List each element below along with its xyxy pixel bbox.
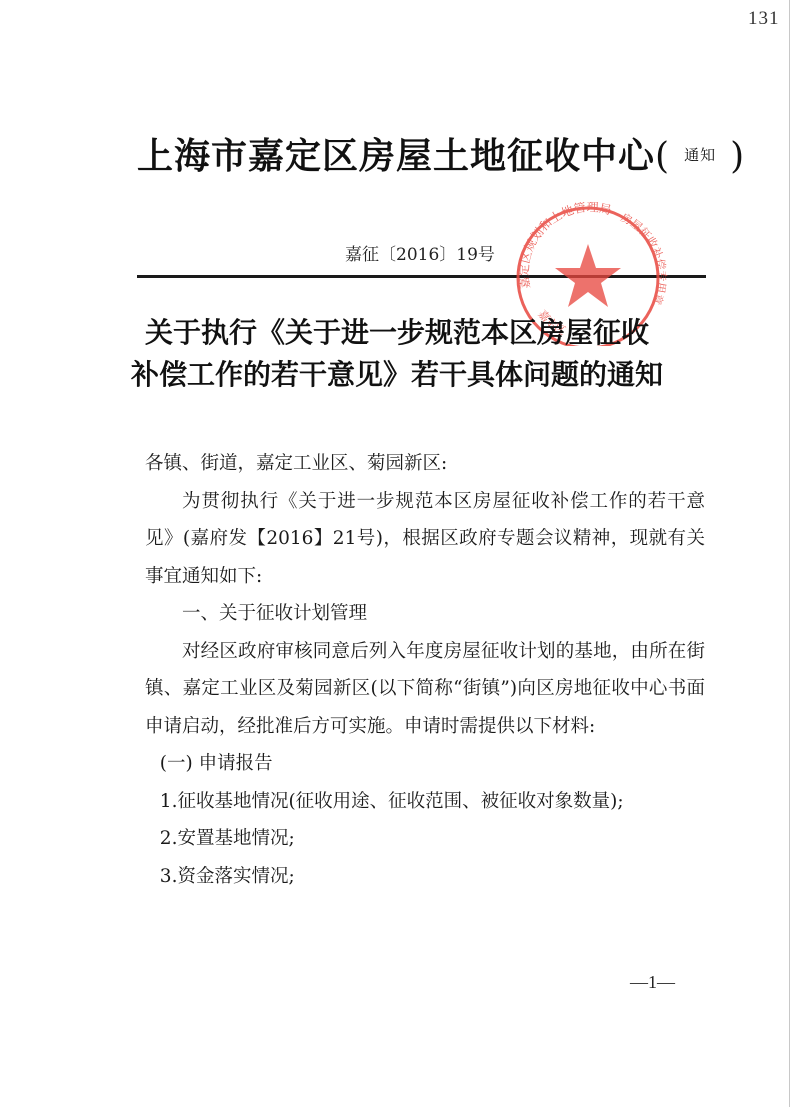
page-edge-line bbox=[789, 0, 790, 1107]
list-item: 3.资金落实情况; bbox=[145, 858, 705, 896]
salutation: 各镇、街道，嘉定工业区、菊园新区: bbox=[145, 445, 705, 483]
page-number: —1— bbox=[630, 972, 675, 993]
open-paren: ( bbox=[655, 136, 670, 177]
notice-title-line-2: 补偿工作的若干意见》若干具体问题的通知 bbox=[100, 354, 694, 396]
section-heading-1: 一、关于征收计划管理 bbox=[145, 595, 705, 633]
list-item: 1.征收基地情况(征收用途、征收范围、被征收对象数量); bbox=[145, 783, 705, 821]
header-divider bbox=[137, 275, 706, 278]
intro-paragraph: 为贯彻执行《关于进一步规范本区房屋征收补偿工作的若干意见》(嘉府发【2016】2… bbox=[145, 483, 705, 596]
document-page: 131 上海市嘉定区房屋土地征收中心(通知) 嘉征〔2016〕19号 嘉定区规划… bbox=[0, 0, 794, 1107]
close-paren: ) bbox=[730, 136, 745, 177]
list-item: 2.安置基地情况; bbox=[145, 820, 705, 858]
document-type: 通知 bbox=[684, 146, 716, 164]
notice-body: 各镇、街道，嘉定工业区、菊园新区: 为贯彻执行《关于进一步规范本区房屋征收补偿工… bbox=[145, 445, 705, 895]
document-number: 嘉征〔2016〕19号 bbox=[345, 240, 495, 265]
issuer-name: 上海市嘉定区房屋土地征收中心 bbox=[137, 135, 655, 177]
section-1-paragraph: 对经区政府审核同意后列入年度房屋征收计划的基地，由所在街镇、嘉定工业区及菊园新区… bbox=[145, 633, 705, 746]
notice-title: 关于执行《关于进一步规范本区房屋征收 补偿工作的若干意见》若干具体问题的通知 bbox=[100, 312, 694, 396]
svg-text:房屋征收补偿专用章: 房屋征收补偿专用章 bbox=[619, 210, 668, 307]
notice-title-line-1: 关于执行《关于进一步规范本区房屋征收 bbox=[100, 312, 694, 354]
subsection-heading-1: (一) 申请报告 bbox=[145, 745, 705, 783]
page-stamp-number: 131 bbox=[748, 8, 780, 30]
issuing-authority-header: 上海市嘉定区房屋土地征收中心(通知) bbox=[137, 128, 737, 179]
